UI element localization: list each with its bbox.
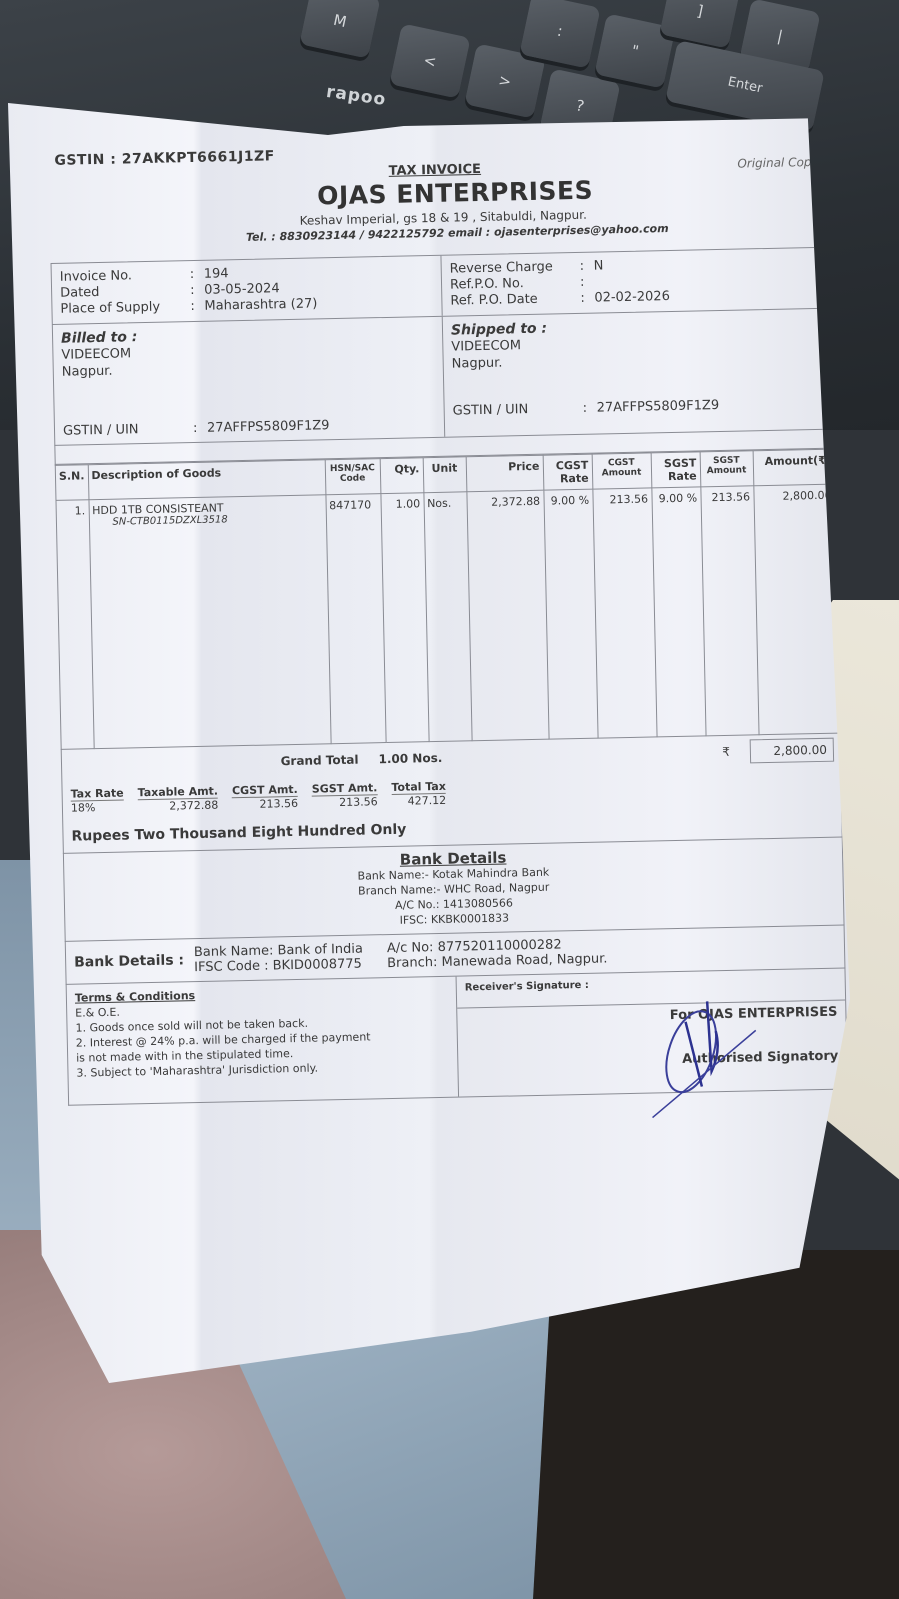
invoice-header: GSTIN : 27AKKPT6661J1ZF TAX INVOICE Orig… (48, 127, 830, 263)
tax-rate-label: Tax Rate (71, 787, 124, 802)
invoice-meta-left: Invoice No.:194 Dated:03-05-2024 Place o… (52, 256, 442, 324)
billed-to: Billed to : VIDEECOM Nagpur. GSTIN / UIN… (53, 317, 444, 445)
gstin-label: GSTIN / UIN (63, 421, 193, 439)
seller-gstin: GSTIN : 27AKKPT6661J1ZF (54, 148, 275, 169)
col-sgst-amount: SGST Amount (700, 451, 754, 487)
shipped-to-gstin: GSTIN / UIN:27AFFPS5809F1Z9 (453, 398, 720, 419)
bank-ifsc: IFSC Code : BKID0008775 (194, 957, 363, 976)
total-tax-value: 427.12 (392, 794, 447, 808)
rupee-icon: ₹ (722, 745, 730, 759)
tax-invoice: GSTIN : 27AKKPT6661J1ZF TAX INVOICE Orig… (48, 127, 848, 1106)
cell-amount: 2,800.00 (753, 484, 840, 735)
cell-qty: 1.00 (380, 493, 428, 743)
document-title: TAX INVOICE (389, 162, 482, 179)
invoice-meta-right: Reverse Charge:N Ref.P.O. No.: Ref. P.O.… (440, 248, 830, 316)
receiver-signature-label: Receiver's Signature : (465, 975, 837, 994)
meta-value: 02-02-2026 (594, 289, 670, 307)
terms-and-conditions: Terms & Conditions E.& O.E. 1. Goods onc… (67, 977, 458, 1105)
meta-value: Maharashtra (27) (204, 296, 317, 314)
totals-section: Grand Total 1.00 Nos. ₹ 2,800.00 Tax Rat… (61, 734, 843, 854)
total-tax-label: Total Tax (391, 780, 446, 795)
bank-branch: Branch: Manewada Road, Nagpur. (387, 951, 608, 971)
col-amount: Amount(₹) (753, 449, 835, 486)
col-description: Description of Goods (88, 460, 326, 500)
bank-details-label: Bank Details : (74, 952, 184, 970)
keyboard-brand: rapoo (325, 82, 388, 110)
meta-label: Ref. P.O. Date (450, 291, 580, 310)
seller-gstin-value: 27AKKPT6661J1ZF (122, 148, 275, 167)
table-row: 1. HDD 1TB CONSISTEANT SN-CTB0115DZXL351… (56, 484, 840, 749)
keyboard-key: < (389, 23, 470, 98)
signature-block: Receiver's Signature : For OJAS ENTERPRI… (456, 969, 847, 1097)
cell-cgst-rate: 9.00 % (543, 489, 597, 739)
meta-value: 194 (204, 266, 229, 283)
sgst-amt-label: SGST Amt. (312, 781, 378, 796)
items-table: S.N. Description of Goods HSN/SAC Code Q… (55, 449, 841, 750)
col-qty: Qty. (380, 458, 424, 494)
gstin-value: 27AFFPS5809F1Z9 (597, 398, 720, 416)
meta-label: Place of Supply (60, 299, 190, 318)
cgst-amt-label: CGST Amt. (232, 783, 298, 798)
grand-total-amount: 2,800.00 (750, 738, 834, 764)
invoice-paper: GSTIN : 27AKKPT6661J1ZF TAX INVOICE Orig… (8, 103, 850, 1383)
col-cgst-amount: CGST Amount (592, 453, 652, 489)
cell-cgst-amount: 213.56 (592, 488, 656, 738)
keyboard-key: M (299, 0, 380, 59)
gstin-label: GSTIN / UIN (453, 401, 583, 419)
grand-total-label: Grand Total (280, 753, 358, 769)
sgst-amt-value: 213.56 (312, 795, 378, 809)
tax-rate-value: 18% (71, 801, 124, 815)
billed-to-gstin: GSTIN / UIN:27AFFPS5809F1Z9 (63, 418, 330, 439)
cell-price: 2,372.88 (466, 490, 548, 741)
meta-value: 03-05-2024 (204, 281, 280, 299)
col-unit: Unit (423, 457, 467, 493)
cell-hsn: 847170 (325, 494, 385, 744)
col-price: Price (466, 455, 544, 492)
col-sn: S.N. (55, 465, 88, 501)
footer-section: Terms & Conditions E.& O.E. 1. Goods onc… (66, 968, 848, 1105)
col-hsn: HSN/SAC Code (325, 459, 381, 495)
copy-label: Original Copy (737, 155, 818, 171)
company-name: OJAS ENTERPRISES (317, 176, 594, 211)
seller-gstin-label: GSTIN (54, 152, 105, 169)
taxable-amt-value: 2,372.88 (138, 799, 219, 814)
cgst-amt-value: 213.56 (232, 797, 298, 811)
signature-scribble-icon (645, 990, 768, 1122)
col-sgst-rate: SGST Rate (651, 452, 701, 488)
cell-description: HDD 1TB CONSISTEANT SN-CTB0115DZXL3518 (88, 495, 330, 749)
bank-details-primary: Bank Details Bank Name:- Kotak Mahindra … (63, 838, 845, 942)
cell-unit: Nos. (423, 492, 471, 742)
col-cgst-rate: CGST Rate (543, 454, 593, 490)
grand-total-qty: 1.00 Nos. (378, 751, 442, 766)
meta-value: N (594, 258, 604, 274)
cell-sgst-amount: 213.56 (700, 486, 758, 736)
shipped-to: Shipped to : VIDEECOM Nagpur. GSTIN / UI… (442, 309, 833, 437)
cell-sn: 1. (56, 500, 94, 750)
party-details: Billed to : VIDEECOM Nagpur. GSTIN / UIN… (52, 309, 834, 446)
gstin-value: 27AFFPS5809F1Z9 (207, 418, 330, 436)
cell-sgst-rate: 9.00 % (651, 487, 705, 737)
